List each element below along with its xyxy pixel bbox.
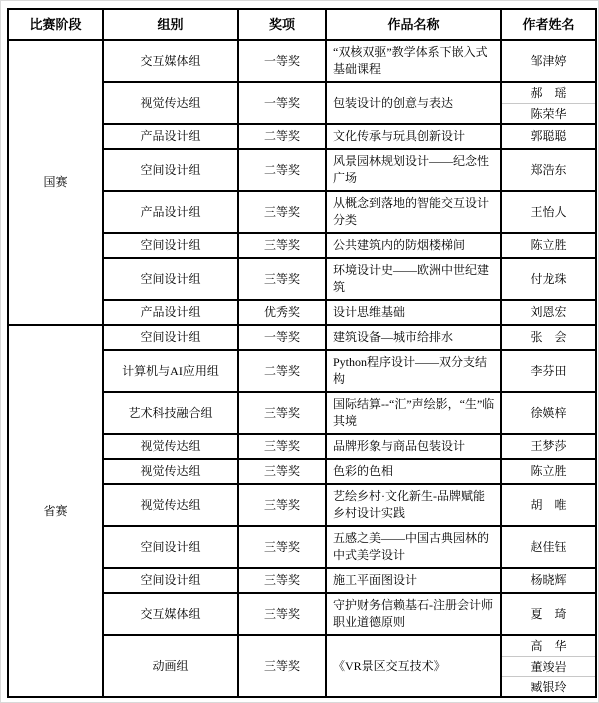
work-cell: 五感之美——中国古典园林的中式美学设计 xyxy=(326,526,501,568)
group-cell: 空间设计组 xyxy=(103,149,238,191)
work-cell: 施工平面图设计 xyxy=(326,568,501,593)
award-cell: 三等奖 xyxy=(238,392,326,434)
group-cell: 空间设计组 xyxy=(103,526,238,568)
award-cell: 二等奖 xyxy=(238,350,326,392)
author-name: 郝 瑶 xyxy=(502,83,595,103)
column-header-stage: 比赛阶段 xyxy=(8,9,103,40)
work-cell: 包装设计的创意与表达 xyxy=(326,82,501,124)
group-cell: 空间设计组 xyxy=(103,325,238,350)
table-body: 国赛交互媒体组一等奖“双核双驱”教学体系下嵌入式基础课程邹津婷视觉传达组一等奖包… xyxy=(8,40,596,697)
author-cell: 王怡人 xyxy=(501,191,596,233)
award-cell: 一等奖 xyxy=(238,40,326,82)
author-cell: 郝 瑶陈荣华 xyxy=(501,82,596,124)
stage-cell: 省赛 xyxy=(8,325,103,697)
header-row: 比赛阶段 组别 奖项 作品名称 作者姓名 xyxy=(8,9,596,40)
award-cell: 二等奖 xyxy=(238,149,326,191)
work-cell: 环境设计史——欧洲中世纪建筑 xyxy=(326,258,501,300)
author-name: 高 华 xyxy=(502,636,595,656)
author-cell: 邹津婷 xyxy=(501,40,596,82)
column-header-group: 组别 xyxy=(103,9,238,40)
award-cell: 二等奖 xyxy=(238,124,326,149)
group-cell: 产品设计组 xyxy=(103,300,238,325)
group-cell: 产品设计组 xyxy=(103,191,238,233)
group-cell: 动画组 xyxy=(103,635,238,697)
group-cell: 产品设计组 xyxy=(103,124,238,149)
column-header-award: 奖项 xyxy=(238,9,326,40)
award-cell: 三等奖 xyxy=(238,593,326,635)
author-cell: 夏 琦 xyxy=(501,593,596,635)
author-cell: 陈立胜 xyxy=(501,233,596,258)
author-cell: 张 会 xyxy=(501,325,596,350)
work-cell: 守护财务信赖基石-注册会计师职业道德原则 xyxy=(326,593,501,635)
award-cell: 三等奖 xyxy=(238,233,326,258)
work-cell: 艺绘乡村·文化新生-品牌赋能乡村设计实践 xyxy=(326,484,501,526)
award-cell: 三等奖 xyxy=(238,568,326,593)
author-cell: 胡 唯 xyxy=(501,484,596,526)
table-row: 国赛交互媒体组一等奖“双核双驱”教学体系下嵌入式基础课程邹津婷 xyxy=(8,40,596,82)
page: 比赛阶段 组别 奖项 作品名称 作者姓名 国赛交互媒体组一等奖“双核双驱”教学体… xyxy=(0,0,599,703)
work-cell: 《VR景区交互技术》 xyxy=(326,635,501,697)
author-cell: 郑浩东 xyxy=(501,149,596,191)
author-cell: 付龙珠 xyxy=(501,258,596,300)
column-header-work: 作品名称 xyxy=(326,9,501,40)
author-cell: 李芬田 xyxy=(501,350,596,392)
work-cell: 建筑设备—城市给排水 xyxy=(326,325,501,350)
group-cell: 艺术科技融合组 xyxy=(103,392,238,434)
award-cell: 三等奖 xyxy=(238,459,326,484)
work-cell: Python程序设计——双分支结构 xyxy=(326,350,501,392)
award-cell: 三等奖 xyxy=(238,434,326,459)
group-cell: 视觉传达组 xyxy=(103,459,238,484)
author-cell: 杨晓辉 xyxy=(501,568,596,593)
group-cell: 计算机与AI应用组 xyxy=(103,350,238,392)
author-cell: 郭聪聪 xyxy=(501,124,596,149)
award-cell: 三等奖 xyxy=(238,484,326,526)
author-name: 臧银玲 xyxy=(502,676,595,696)
group-cell: 交互媒体组 xyxy=(103,40,238,82)
awards-table: 比赛阶段 组别 奖项 作品名称 作者姓名 国赛交互媒体组一等奖“双核双驱”教学体… xyxy=(7,8,597,698)
author-name: 陈荣华 xyxy=(502,103,595,123)
award-cell: 三等奖 xyxy=(238,258,326,300)
author-cell: 王梦莎 xyxy=(501,434,596,459)
work-cell: 品牌形象与商品包装设计 xyxy=(326,434,501,459)
group-cell: 空间设计组 xyxy=(103,258,238,300)
author-cell: 陈立胜 xyxy=(501,459,596,484)
work-cell: 风景园林规划设计——纪念性广场 xyxy=(326,149,501,191)
award-cell: 三等奖 xyxy=(238,526,326,568)
work-cell: 从概念到落地的智能交互设计分类 xyxy=(326,191,501,233)
award-cell: 三等奖 xyxy=(238,635,326,697)
column-header-author: 作者姓名 xyxy=(501,9,596,40)
award-cell: 优秀奖 xyxy=(238,300,326,325)
work-cell: “双核双驱”教学体系下嵌入式基础课程 xyxy=(326,40,501,82)
author-name: 董竣岩 xyxy=(502,656,595,676)
work-cell: 文化传承与玩具创新设计 xyxy=(326,124,501,149)
author-cell: 徐媖梓 xyxy=(501,392,596,434)
award-cell: 一等奖 xyxy=(238,82,326,124)
group-cell: 视觉传达组 xyxy=(103,434,238,459)
table-header: 比赛阶段 组别 奖项 作品名称 作者姓名 xyxy=(8,9,596,40)
work-cell: 色彩的色相 xyxy=(326,459,501,484)
work-cell: 国际结算--“汇”声绘影，“生”临其境 xyxy=(326,392,501,434)
author-cell: 赵佳钰 xyxy=(501,526,596,568)
group-cell: 空间设计组 xyxy=(103,233,238,258)
author-cell: 高 华董竣岩臧银玲 xyxy=(501,635,596,697)
group-cell: 空间设计组 xyxy=(103,568,238,593)
group-cell: 交互媒体组 xyxy=(103,593,238,635)
work-cell: 公共建筑内的防烟楼梯间 xyxy=(326,233,501,258)
award-cell: 三等奖 xyxy=(238,191,326,233)
group-cell: 视觉传达组 xyxy=(103,484,238,526)
table-row: 省赛空间设计组一等奖建筑设备—城市给排水张 会 xyxy=(8,325,596,350)
work-cell: 设计思维基础 xyxy=(326,300,501,325)
group-cell: 视觉传达组 xyxy=(103,82,238,124)
stage-cell: 国赛 xyxy=(8,40,103,325)
author-cell: 刘恩宏 xyxy=(501,300,596,325)
award-cell: 一等奖 xyxy=(238,325,326,350)
